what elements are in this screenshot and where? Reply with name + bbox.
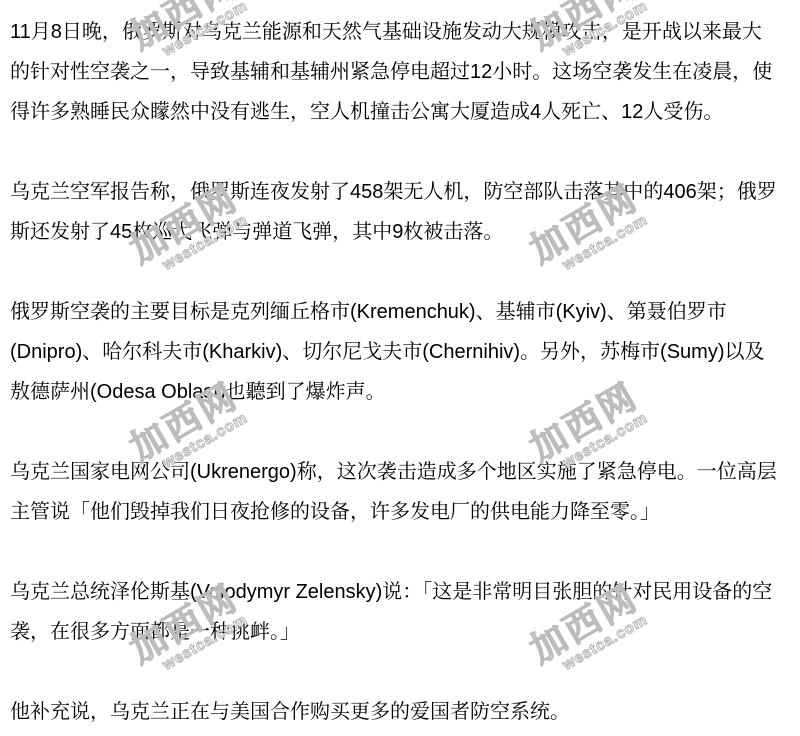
article-paragraph: 乌克兰国家电网公司(Ukrenergo)称，这次袭击造成多个地区实施了紧急停电。… [10,452,778,532]
article-paragraph: 俄罗斯空袭的主要目标是克列缅丘格市(Kremenchuk)、基辅市(Kyiv)、… [10,292,778,412]
article-body: 11月8日晚，俄罗斯对乌克兰能源和天然气基础设施发动大规模攻击，是开战以来最大的… [0,0,800,732]
article-paragraph: 11月8日晚，俄罗斯对乌克兰能源和天然气基础设施发动大规模攻击，是开战以来最大的… [10,12,778,132]
article-paragraph: 乌克兰空军报告称，俄罗斯连夜发射了458架无人机，防空部队击落其中的406架；俄… [10,172,778,252]
article-paragraph: 他补充说，乌克兰正在与美国合作购买更多的爱国者防空系统。 [10,692,778,732]
article-paragraph: 乌克兰总统泽伦斯基(Volodymyr Zelensky)说：「这是非常明目张胆… [10,572,778,652]
article-page: 加西网 westca.com 加西网 westca.com 加西网 westca… [0,0,800,736]
